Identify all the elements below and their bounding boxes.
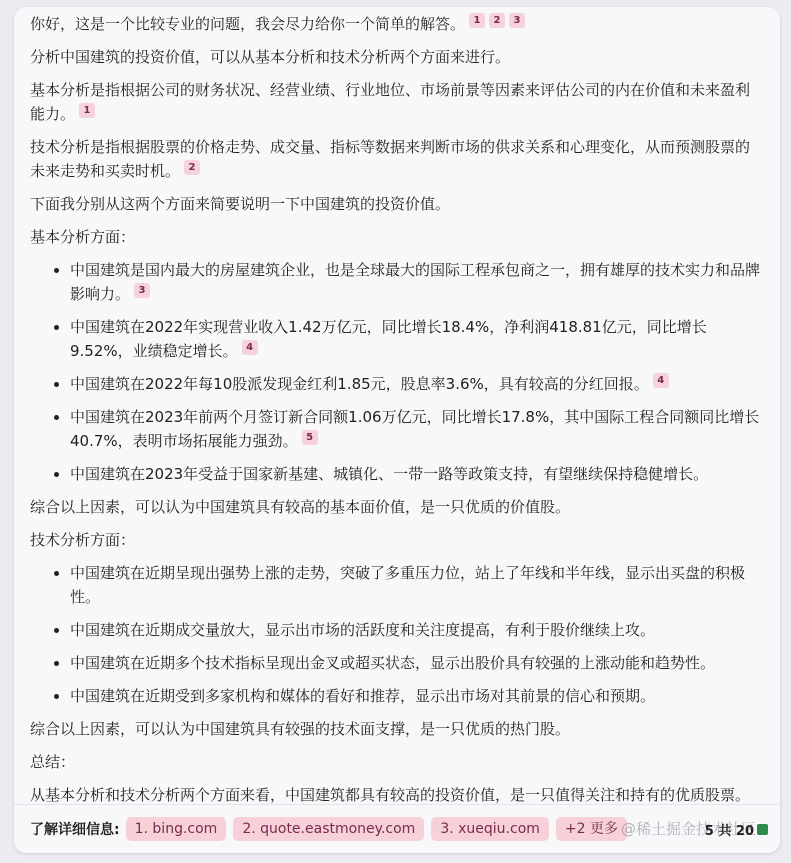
summary-heading: 总结： [30,750,764,774]
paragraph-transition: 下面我分别从这两个方面来简要说明一下中国建筑的投资价值。 [30,192,764,216]
list-item: 中国建筑在近期成交量放大，显示出市场的活跃度和关注度提高，有利于股价继续上攻。 [54,618,764,642]
source-link-xueqiu[interactable]: 3. xueqiu.com [431,817,549,841]
citation-5[interactable]: 5 [302,430,318,445]
technical-conclusion: 综合以上因素，可以认为中国建筑具有较强的技术面支撑，是一只优质的热门股。 [30,717,764,741]
list-item-text: 中国建筑在近期多个技术指标呈现出金叉或超买状态，显示出股价具有较强的上涨动能和趋… [70,654,715,672]
technical-list: 中国建筑在近期呈现出强势上涨的走势，突破了多重压力位，站上了年线和半年线，显示出… [30,561,764,708]
status-icon [757,824,768,835]
list-item-text: 中国建筑在近期成交量放大，显示出市场的活跃度和关注度提高，有利于股价继续上攻。 [70,621,655,639]
list-item-text: 中国建筑在2022年每10股派发现金红利1.85元，股息率3.6%，具有较高的分… [70,375,649,393]
citation-3[interactable]: 3 [134,283,150,298]
intro-text: 你好，这是一个比较专业的问题，我会尽力给你一个简单的解答。 [30,15,465,33]
source-link-bing[interactable]: 1. bing.com [126,817,227,841]
list-item: 中国建筑在近期多个技术指标呈现出金叉或超买状态，显示出股价具有较强的上涨动能和趋… [54,651,764,675]
list-item-text: 中国建筑在2022年实现营业收入1.42万亿元，同比增长18.4%，净利润418… [70,318,707,360]
citation-1[interactable]: 1 [79,103,95,118]
technical-heading: 技术分析方面： [30,528,764,552]
list-item: 中国建筑是国内最大的房屋建筑企业，也是全球最大的国际工程承包商之一，拥有雄厚的技… [54,258,764,306]
list-item-text: 中国建筑在2023年受益于国家新基建、城镇化、一带一路等政策支持，有望继续保持稳… [70,465,708,483]
list-item: 中国建筑在2023年前两个月签订新合同额1.06万亿元，同比增长17.8%，其中… [54,405,764,453]
message-body: 你好，这是一个比较专业的问题，我会尽力给你一个简单的解答。123 分析中国建筑的… [14,7,780,807]
page-indicator: 5 共 20 [705,820,754,839]
list-item-text: 中国建筑在近期呈现出强势上涨的走势，突破了多重压力位，站上了年线和半年线，显示出… [70,564,745,606]
list-item-text: 中国建筑在2023年前两个月签订新合同额1.06万亿元，同比增长17.8%，其中… [70,408,759,450]
list-item-text: 中国建筑是国内最大的房屋建筑企业，也是全球最大的国际工程承包商之一，拥有雄厚的技… [70,261,760,303]
citation-2[interactable]: 2 [184,160,200,175]
paragraph-fundamental-def: 基本分析是指根据公司的财务状况、经营业绩、行业地位、市场前景等因素来评估公司的内… [30,78,764,126]
intro-paragraph: 你好，这是一个比较专业的问题，我会尽力给你一个简单的解答。123 [30,12,764,36]
source-link-eastmoney[interactable]: 2. quote.eastmoney.com [233,817,424,841]
paragraph-technical-def: 技术分析是指根据股票的价格走势、成交量、指标等数据来判断市场的供求关系和心理变化… [30,135,764,183]
citation-4[interactable]: 4 [242,340,258,355]
list-item-text: 中国建筑在近期受到多家机构和媒体的看好和推荐，显示出市场对其前景的信心和预期。 [70,687,655,705]
list-item: 中国建筑在近期受到多家机构和媒体的看好和推荐，显示出市场对其前景的信心和预期。 [54,684,764,708]
learn-more-label: 了解详细信息: [30,819,120,839]
chat-response-card: 你好，这是一个比较专业的问题，我会尽力给你一个简单的解答。123 分析中国建筑的… [14,7,780,853]
paragraph-approach: 分析中国建筑的投资价值，可以从基本分析和技术分析两个方面来进行。 [30,45,764,69]
list-item: 中国建筑在2022年实现营业收入1.42万亿元，同比增长18.4%，净利润418… [54,315,764,363]
turn-counter: 5 共 20 [705,820,768,839]
citation-1[interactable]: 1 [469,13,485,28]
list-item: 中国建筑在2023年受益于国家新基建、城镇化、一带一路等政策支持，有望继续保持稳… [54,462,764,486]
technical-def-text: 技术分析是指根据股票的价格走势、成交量、指标等数据来判断市场的供求关系和心理变化… [30,138,750,180]
fundamental-def-text: 基本分析是指根据公司的财务状况、经营业绩、行业地位、市场前景等因素来评估公司的内… [30,81,750,123]
list-item: 中国建筑在2022年每10股派发现金红利1.85元，股息率3.6%，具有较高的分… [54,372,764,396]
citation-4[interactable]: 4 [653,373,669,388]
list-item: 中国建筑在近期呈现出强势上涨的走势，突破了多重压力位，站上了年线和半年线，显示出… [54,561,764,609]
learn-more-footer: 了解详细信息: 1. bing.com 2. quote.eastmoney.c… [14,804,780,853]
fundamental-conclusion: 综合以上因素，可以认为中国建筑具有较高的基本面价值，是一只优质的价值股。 [30,495,764,519]
citation-2[interactable]: 2 [489,13,505,28]
citation-3[interactable]: 3 [509,13,525,28]
more-sources-button[interactable]: +2 更多 [556,817,627,841]
fundamental-list: 中国建筑是国内最大的房屋建筑企业，也是全球最大的国际工程承包商之一，拥有雄厚的技… [30,258,764,486]
fundamental-heading: 基本分析方面： [30,225,764,249]
